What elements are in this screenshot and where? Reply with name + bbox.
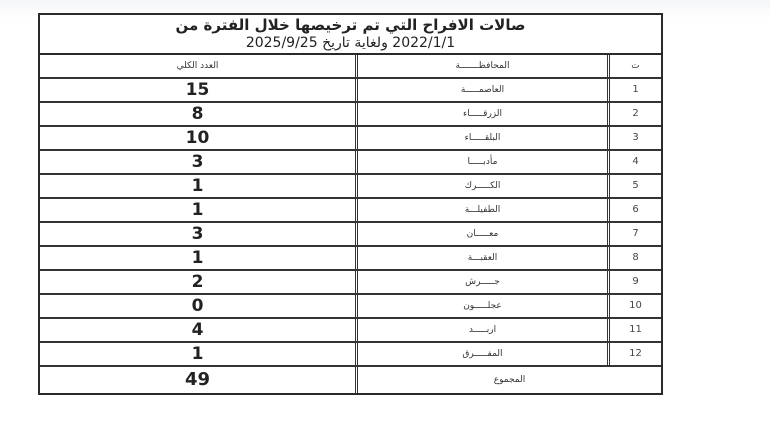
number-cell: 3	[610, 127, 661, 149]
title-line-2: 2022/1/1 ولغاية تاريخ 2025/9/25	[40, 35, 661, 52]
table-row: 8 الزرقـــــاء 2	[40, 103, 661, 127]
governorate-cell: جـــــرش	[358, 271, 610, 293]
count-cell: 8	[40, 103, 358, 125]
governorate-cell: الزرقـــــاء	[358, 103, 610, 125]
number-cell: 10	[610, 295, 661, 317]
count-cell: 15	[40, 79, 358, 101]
number-cell: 1	[610, 79, 661, 101]
governorate-cell: معـــــان	[358, 223, 610, 245]
number-cell: 12	[610, 343, 661, 365]
count-cell: 10	[40, 127, 358, 149]
table-row: 1 العقبـــة 8	[40, 247, 661, 271]
total-row: 49 المجموع	[40, 367, 661, 393]
governorate-cell: العقبـــة	[358, 247, 610, 269]
number-cell: 11	[610, 319, 661, 341]
number-cell: 6	[610, 199, 661, 221]
governorate-cell: الطفيلـــة	[358, 199, 610, 221]
table-row: 15 العاصمـــــة 1	[40, 79, 661, 103]
governorate-cell: عجلـــــون	[358, 295, 610, 317]
governorate-cell: الكـــــرك	[358, 175, 610, 197]
number-cell: 8	[610, 247, 661, 269]
total-count: 49	[40, 367, 358, 393]
table-row: 1 الكـــــرك 5	[40, 175, 661, 199]
table-header-row: العدد الكلي المحافظـــــــة ت	[40, 55, 661, 79]
number-cell: 7	[610, 223, 661, 245]
licensed-wedding-halls-table: صالات الافراح التي تم ترخيصها خلال الفتر…	[38, 13, 663, 395]
total-label: المجموع	[358, 367, 661, 393]
table-title: صالات الافراح التي تم ترخيصها خلال الفتر…	[40, 15, 661, 55]
header-governorate: المحافظـــــــة	[358, 55, 610, 77]
title-line-1: صالات الافراح التي تم ترخيصها خلال الفتر…	[40, 15, 661, 35]
table-row: 4 اربـــــد 11	[40, 319, 661, 343]
governorate-cell: مأدبـــــا	[358, 151, 610, 173]
governorate-cell: اربـــــد	[358, 319, 610, 341]
governorate-cell: البلقـــــاء	[358, 127, 610, 149]
header-total-count: العدد الكلي	[40, 55, 358, 77]
count-cell: 1	[40, 199, 358, 221]
number-cell: 4	[610, 151, 661, 173]
table-row: 3 معـــــان 7	[40, 223, 661, 247]
count-cell: 3	[40, 223, 358, 245]
table-row: 1 الطفيلـــة 6	[40, 199, 661, 223]
count-cell: 4	[40, 319, 358, 341]
count-cell: 2	[40, 271, 358, 293]
number-cell: 9	[610, 271, 661, 293]
table-row: 3 مأدبـــــا 4	[40, 151, 661, 175]
count-cell: 1	[40, 247, 358, 269]
count-cell: 1	[40, 175, 358, 197]
table-row: 1 المفـــــرق 12	[40, 343, 661, 367]
count-cell: 3	[40, 151, 358, 173]
number-cell: 5	[610, 175, 661, 197]
governorate-cell: العاصمـــــة	[358, 79, 610, 101]
number-cell: 2	[610, 103, 661, 125]
table-row: 0 عجلـــــون 10	[40, 295, 661, 319]
table-row: 2 جـــــرش 9	[40, 271, 661, 295]
governorate-cell: المفـــــرق	[358, 343, 610, 365]
table-row: 10 البلقـــــاء 3	[40, 127, 661, 151]
count-cell: 1	[40, 343, 358, 365]
header-number: ت	[610, 55, 661, 77]
count-cell: 0	[40, 295, 358, 317]
